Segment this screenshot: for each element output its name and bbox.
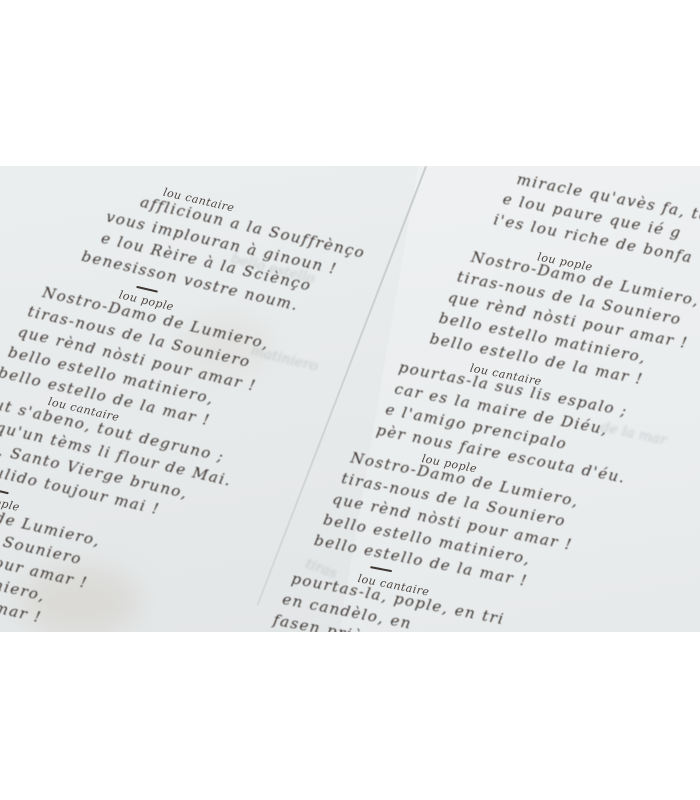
manuscript-photo: bello estello matiniero de la mar tiras … bbox=[0, 166, 700, 632]
